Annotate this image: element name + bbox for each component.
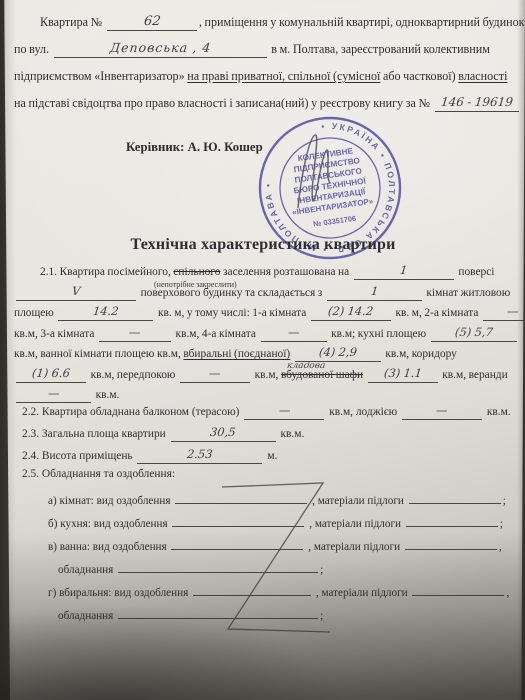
row-b-floor-blank xyxy=(406,511,498,527)
apartment-label: Квартира № xyxy=(40,15,102,29)
loggia-blank: — xyxy=(402,404,482,420)
sec21-d1: кв.м, 3-а кімната xyxy=(14,328,94,340)
sec21-line-e: кв.м, ванної кімнати площею кв.м, вбирал… xyxy=(14,344,512,365)
page-title: Технічна характеристика квартири xyxy=(14,236,512,254)
sec23-label: 2.3. Загальна площа квартири xyxy=(22,428,166,440)
sec22-units: кв.м. xyxy=(487,406,511,418)
living-area-value: 14.2 xyxy=(92,304,119,318)
row-a-lead: а) кімнат: вид оздоблення xyxy=(48,495,171,507)
sec21-g1: кв.м. xyxy=(96,389,120,401)
sec21-f4: кв.м, веранди xyxy=(442,369,507,381)
row-g2-lead: обладнання xyxy=(58,610,113,622)
row-bath-finish: в) ванна: вид оздоблення , матеріали під… xyxy=(14,534,512,557)
floor-blank: 1 xyxy=(354,264,454,280)
closet-area-blank: (3) 1.1 xyxy=(368,367,438,383)
section-2-2: 2.2. Квартира обладнана балконом (терасо… xyxy=(14,404,512,420)
header-line-2: по вул. Деповська , 4 в м. Полтава, заре… xyxy=(14,36,512,63)
row-g-finish-blank xyxy=(193,580,311,596)
row-a-mid: , матеріали підлоги xyxy=(312,495,404,507)
row-v-mid: , матеріали підлоги xyxy=(308,541,400,553)
title-text: Технічна характеристика квартири xyxy=(130,236,395,253)
row-g-floor-blank xyxy=(412,580,504,596)
closet-correction: кладовавбудованої шафи xyxy=(281,365,363,386)
rooms-count-blank: 1 xyxy=(327,285,422,301)
row-v2-equipment-blank xyxy=(118,557,318,573)
row-a-end: ; xyxy=(503,495,506,507)
row-wc-equipment: обладнання ; xyxy=(14,603,512,626)
sec21-a3: заселення розташована на xyxy=(223,266,349,278)
row-rooms-finish: а) кімнат: вид оздоблення , матеріали пі… xyxy=(14,488,512,511)
row-g-end: , xyxy=(506,587,509,599)
sec21-line-d: кв.м, 3-а кімната — кв.м, 4-а кімната — … xyxy=(14,324,512,345)
row-v-end: , xyxy=(499,541,502,553)
row-bath-equipment: обладнання ; xyxy=(14,557,512,580)
registry-label: на підставі свідоцтва про право власност… xyxy=(14,96,430,110)
ownership-underlined-text: на праві приватної, спільної (сумісної xyxy=(187,69,380,83)
veranda-area-value: — xyxy=(47,386,60,400)
sec22-loggia-label: кв.м, лоджією xyxy=(329,406,397,418)
total-area-blank: 30,5 xyxy=(171,426,276,442)
total-area-value: 30,5 xyxy=(210,425,237,439)
row-b-lead: б) кухня: вид оздоблення xyxy=(48,518,168,530)
loggia-value: — xyxy=(436,403,449,417)
sec21-f2: кв.м, xyxy=(255,369,279,381)
sec21-c1: площею xyxy=(14,307,54,319)
sec21-b1: поверхового будинку та складається з xyxy=(141,287,323,299)
sec21-line-a: 2.1. Квартира посімейного, спільного зас… xyxy=(14,262,512,283)
sec21-c2: кв. м, у тому числі: 1-а кімната xyxy=(158,307,306,319)
sec24-units: м. xyxy=(267,450,277,462)
header-line-2-text: в м. Полтава, зареєстрований колективним xyxy=(271,42,490,56)
row-kitchen-finish: б) кухня: вид оздоблення , матеріали під… xyxy=(14,511,512,534)
row-g2-end: ; xyxy=(320,610,323,622)
ceiling-height-value: 2.53 xyxy=(186,447,213,461)
section-2-4: 2.4. Висота приміщень 2.53 м. xyxy=(14,448,512,464)
room3-blank: — xyxy=(99,326,171,342)
enterprise-text: підприємством «Інвентаризатор» xyxy=(14,69,185,83)
sec21-a1: 2.1. Квартира посімейного, xyxy=(40,266,171,278)
sec21-c3: кв. м, 2-а кімната xyxy=(395,307,478,319)
sec21-b2: кімнат житловою xyxy=(426,287,510,299)
street-blank: Деповська , 4 xyxy=(54,42,267,58)
kitchen-area-value: (5) 5,7 xyxy=(454,325,493,339)
room3-value: — xyxy=(128,325,141,339)
header-line-3: підприємством «Інвентаризатор» на праві … xyxy=(14,63,512,90)
sec21-e3: кв.м, коридору xyxy=(385,348,457,360)
director-name: Керівник: А. Ю. Кошер xyxy=(126,140,263,154)
storeys-blank: V xyxy=(16,285,136,301)
floor-value: 1 xyxy=(399,263,408,277)
row-g-mid: , матеріали підлоги xyxy=(316,587,408,599)
room1-blank: (2) 14.2 xyxy=(311,305,391,321)
row-v2-lead: обладнання xyxy=(58,564,113,576)
room2-value: — xyxy=(506,304,519,318)
hall-area-value: — xyxy=(209,366,222,380)
balcony-value: — xyxy=(278,403,291,417)
section-2-5-heading: 2.5. Обладнання та оздоблення: xyxy=(14,468,512,480)
street-value: Деповська , 4 xyxy=(109,41,212,55)
sec21-line-b: V поверхового будинку та складається з 1… xyxy=(14,283,512,304)
apartment-number-blank: 62 xyxy=(107,15,197,31)
kitchen-area-blank: (5) 5,7 xyxy=(431,326,517,342)
ownership-plain-text: або часткової) xyxy=(383,69,456,83)
stamp-number: № 03351706 xyxy=(313,214,357,229)
row-g-lead: г) вбиральня: вид оздоблення xyxy=(48,587,188,599)
living-area-blank: 14.2 xyxy=(58,305,153,321)
section-2-3: 2.3. Загальна площа квартири 30,5 кв.м. xyxy=(14,426,512,442)
ownership-word: власності xyxy=(458,69,507,83)
apartment-number-value: 62 xyxy=(143,15,161,29)
row-a-floor-blank xyxy=(409,488,501,504)
section-2-1: 2.1. Квартира посімейного, спільного зас… xyxy=(14,262,512,406)
row-v2-end: ; xyxy=(320,564,323,576)
sec21-d2: кв.м, 4-а кімната xyxy=(176,328,256,340)
row-v-floor-blank xyxy=(405,534,497,550)
hall-area-blank: — xyxy=(180,367,250,383)
row-v-lead: в) ванна: вид оздоблення xyxy=(48,541,167,553)
sec21-wc-underlined: вбиральні (поєднаної) xyxy=(183,348,290,360)
sec24-label: 2.4. Висота приміщень xyxy=(22,450,133,462)
closet-area-value: (3) 1.1 xyxy=(383,366,422,380)
sec21-line-c: площею 14.2 кв. м, у тому числі: 1-а кім… xyxy=(14,303,512,324)
header-line-1-text: , приміщення у комунальній квартирі, одн… xyxy=(199,15,525,29)
room2-blank: — xyxy=(483,305,525,321)
row-v-finish-blank xyxy=(171,534,303,550)
registry-number-value: 146 - 19619 xyxy=(440,95,513,109)
balcony-blank: — xyxy=(244,404,324,420)
sec21-e1: кв.м, ванної кімнати площею кв.м, xyxy=(14,348,181,360)
closet-handwritten-correction: кладова xyxy=(286,356,327,377)
room4-value: — xyxy=(287,325,300,339)
sec21-d3: кв.м; кухні площею xyxy=(331,328,426,340)
sec21-line-f: (1) 6.6 кв.м, передпокою — кв.м, кладова… xyxy=(14,365,512,386)
header-paragraph: Квартира № 62, приміщення у комунальній … xyxy=(14,9,512,117)
veranda-area-blank: — xyxy=(16,387,91,403)
row-b-end: ; xyxy=(500,518,503,530)
sec22-label: 2.2. Квартира обладнана балконом (терасо… xyxy=(22,406,239,418)
document-photo: Квартира № 62, приміщення у комунальній … xyxy=(0,0,525,700)
row-b-finish-blank xyxy=(172,511,304,527)
rooms-count-value: 1 xyxy=(370,284,379,298)
room4-blank: — xyxy=(261,326,327,342)
sec21-f1: кв.м, передпокою xyxy=(91,369,176,381)
sec21-a4: поверсі xyxy=(458,266,494,278)
sec23-units: кв.м. xyxy=(281,428,305,440)
street-label: по вул. xyxy=(14,42,49,56)
corridor-area-blank: (1) 6.6 xyxy=(16,367,86,383)
ceiling-height-blank: 2.53 xyxy=(137,448,262,464)
header-line-1: Квартира № 62, приміщення у комунальній … xyxy=(14,9,512,36)
row-wc-finish: г) вбиральня: вид оздоблення , матеріали… xyxy=(14,580,512,603)
row-b-mid: , матеріали підлоги xyxy=(309,518,401,530)
section-2-5-rows: а) кімнат: вид оздоблення , матеріали пі… xyxy=(14,488,512,626)
storeys-value: V xyxy=(71,284,81,298)
sec25-label: 2.5. Обладнання та оздоблення: xyxy=(22,468,175,480)
room1-value: (2) 14.2 xyxy=(328,304,375,318)
registry-number-blank: 146 - 19619 xyxy=(435,96,519,112)
row-a-finish-blank xyxy=(175,488,307,504)
row-g2-equipment-blank xyxy=(118,603,318,619)
corridor-area-value: (1) 6.6 xyxy=(31,366,70,380)
